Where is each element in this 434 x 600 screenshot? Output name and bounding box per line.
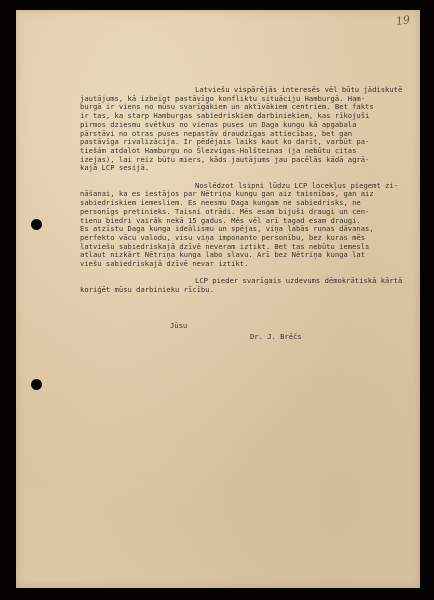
punch-hole-top [31,219,42,230]
letter-body: Latviešu vispārējās interesēs vēl būtu j… [80,86,420,304]
text-line: koriģēt mūsu darbinieku rīcību. [80,286,420,295]
letter-page: 19 Latviešu vispārējās interesēs vēl būt… [16,10,420,588]
punch-hole-bottom [31,379,42,390]
text-line: kajā LCP sesijā. [80,164,420,173]
page-number: 19 [395,13,411,28]
paragraph-support-statement: Noslēdzot lsipni lūdzu LCP locekļus pieg… [80,182,420,269]
paragraph-hamburg-conflict: Latviešu vispārējās interesēs vēl būtu j… [80,86,420,173]
paragraph-lcp-task: LCP pieder svarīgais uzdevums dēmokrātis… [80,277,420,294]
scanned-page-frame: 19 Latviešu vispārējās interesēs vēl būt… [0,0,434,600]
text-line: viešu sabiedriskajā dzīvē nevar iztikt. [80,260,420,269]
signature-name: Dr. J. Brēčs [250,332,302,341]
closing-salutation: Jūsu [170,321,187,330]
